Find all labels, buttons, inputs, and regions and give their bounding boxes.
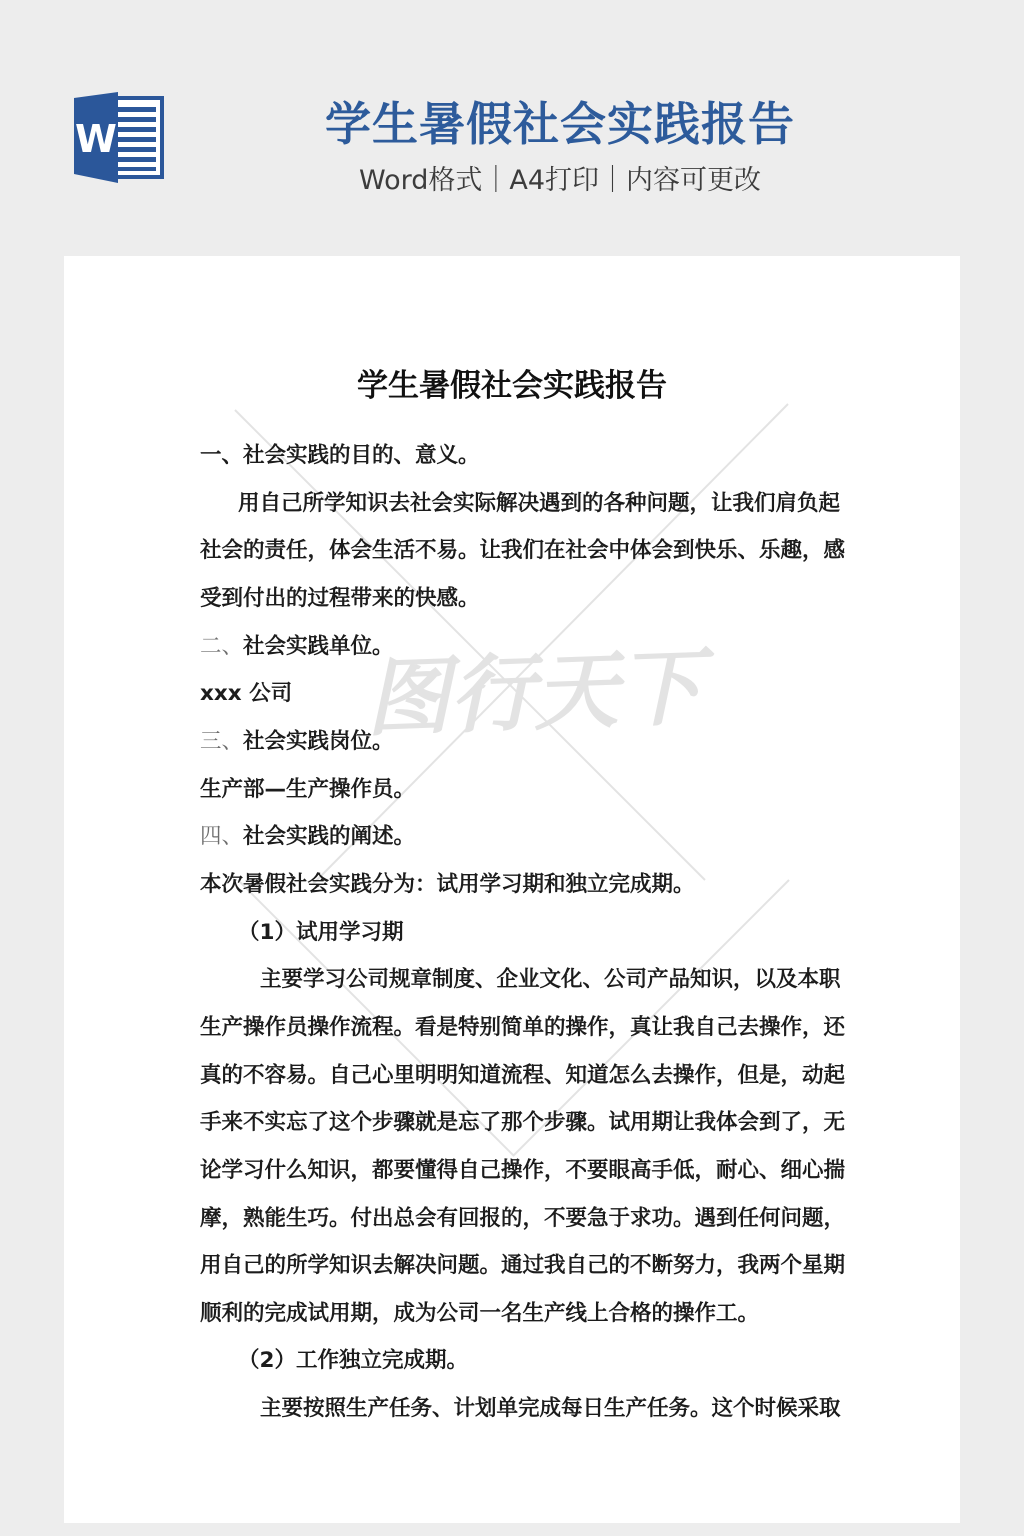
word-icon-letter: W <box>75 117 117 161</box>
document-line: 主要按照生产任务、计划单完成每日生产任务。这个时候采取 <box>200 1385 860 1433</box>
document-line: 三、社会实践岗位。 <box>200 718 860 766</box>
document-line: （2）工作独立完成期。 <box>200 1337 860 1385</box>
word-icon: W <box>60 85 175 195</box>
document-line: 手来不实忘了这个步骤就是忘了那个步骤。试用期让我体会到了，无 <box>200 1099 860 1147</box>
document-line: 用自己所学知识去社会实际解决遇到的各种问题，让我们肩负起 <box>200 480 860 528</box>
document-line: 主要学习公司规章制度、企业文化、公司产品知识，以及本职 <box>200 956 860 1004</box>
document-line: 真的不容易。自己心里明明知道流程、知道怎么去操作，但是，动起 <box>200 1052 860 1100</box>
document-line: 四、社会实践的阐述。 <box>200 813 860 861</box>
document-title: 学生暑假社会实践报告 <box>64 366 960 406</box>
document-line: 一、社会实践的目的、意义。 <box>200 432 860 480</box>
document-line: 用自己的所学知识去解决问题。通过我自己的不断努力，我两个星期 <box>200 1242 860 1290</box>
document-line: 生产操作员操作流程。看是特别简单的操作，真让我自己去操作，还 <box>200 1004 860 1052</box>
document-line: 受到付出的过程带来的快感。 <box>200 575 860 623</box>
document-line: 二、社会实践单位。 <box>200 623 860 671</box>
document-line: 社会的责任，体会生活不易。让我们在社会中体会到快乐、乐趣，感 <box>200 527 860 575</box>
template-preview: W 学生暑假社会实践报告 Word格式｜A4打印｜内容可更改 图行天下 学生暑假… <box>0 0 1024 1536</box>
section-number: 三、 <box>200 729 243 754</box>
document-line: 摩，熟能生巧。付出总会有回报的，不要急于求功。遇到任何问题， <box>200 1195 860 1243</box>
document-lines: 一、社会实践的目的、意义。用自己所学知识去社会实际解决遇到的各种问题，让我们肩负… <box>200 432 860 1433</box>
document-line: （1）试用学习期 <box>200 909 860 957</box>
header-subtitle: Word格式｜A4打印｜内容可更改 <box>300 158 820 197</box>
header-title: 学生暑假社会实践报告 <box>300 88 820 154</box>
document-line: xxx 公司 <box>200 670 860 718</box>
document-line: 生产部—生产操作员。 <box>200 766 860 814</box>
document-line: 论学习什么知识，都要懂得自己操作，不要眼高手低，耐心、细心揣 <box>200 1147 860 1195</box>
document-line: 本次暑假社会实践分为：试用学习期和独立完成期。 <box>200 861 860 909</box>
section-number: 四、 <box>200 824 243 849</box>
document-line: 顺利的完成试用期，成为公司一名生产线上合格的操作工。 <box>200 1290 860 1338</box>
section-number: 二、 <box>200 634 243 659</box>
document-page: 图行天下 学生暑假社会实践报告 一、社会实践的目的、意义。用自己所学知识去社会实… <box>64 256 960 1523</box>
